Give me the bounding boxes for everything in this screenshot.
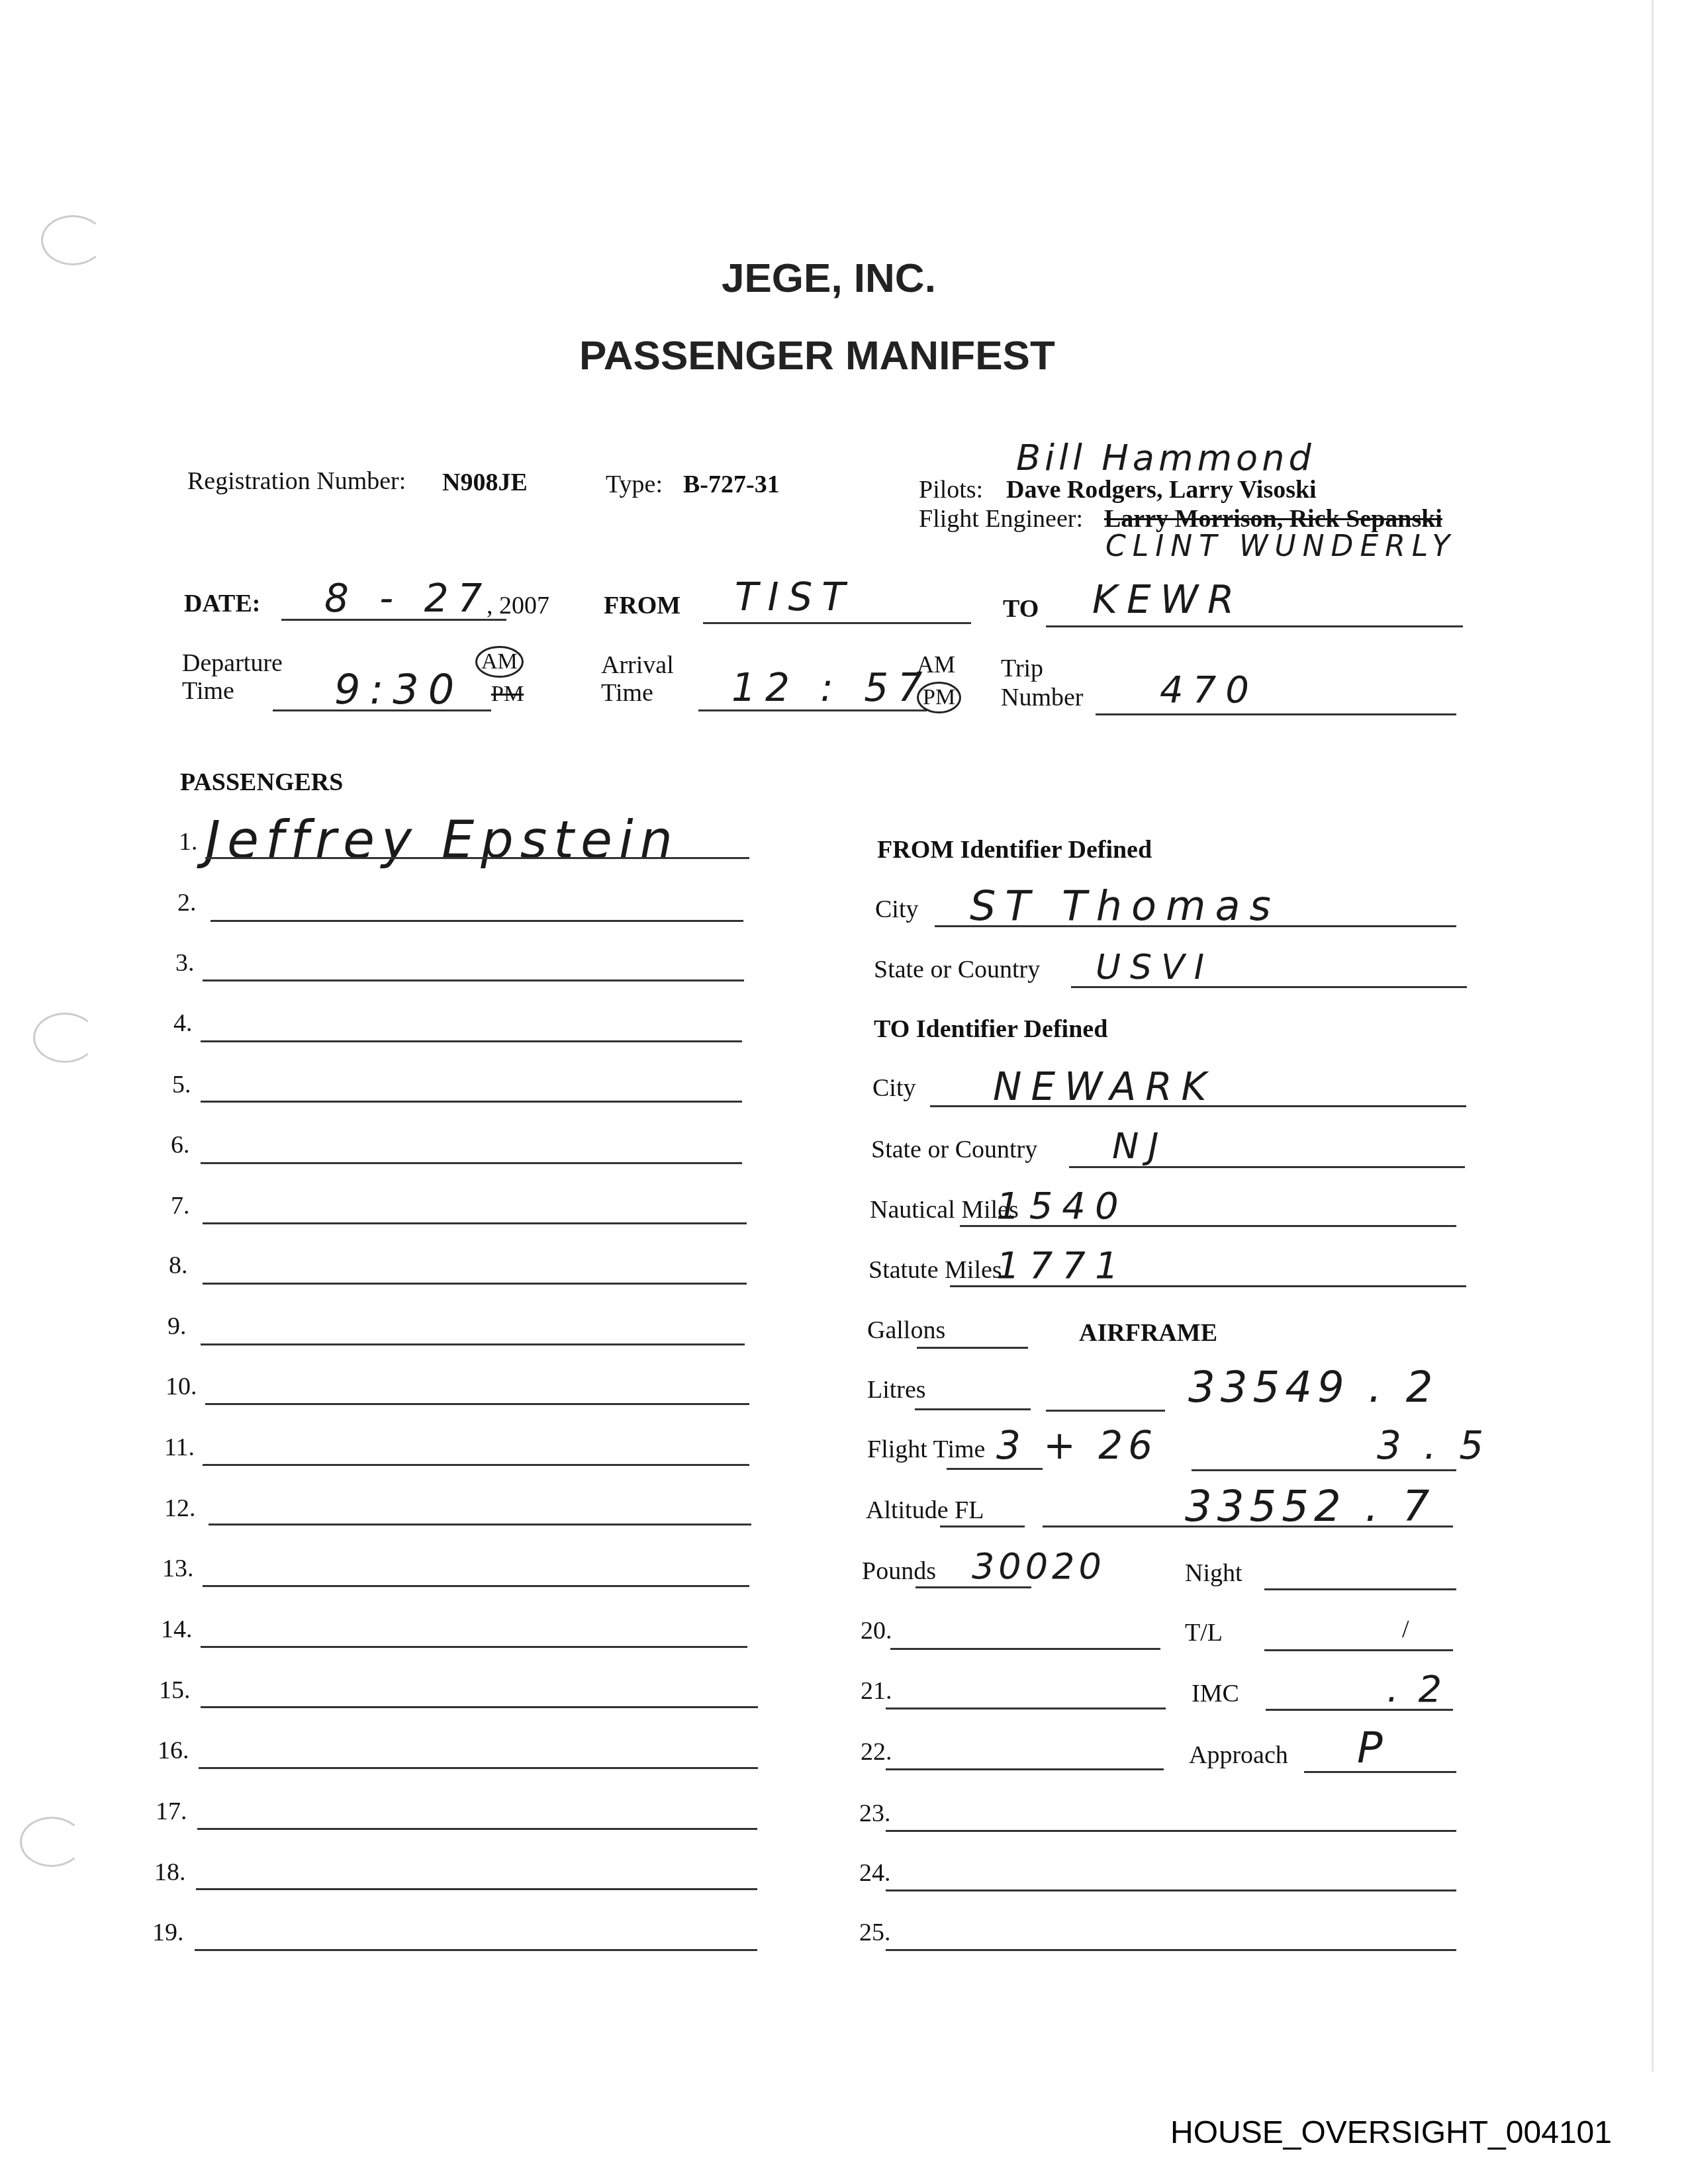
passenger-line[interactable] — [201, 1101, 742, 1103]
nautical-miles-value: 1540 — [996, 1185, 1128, 1228]
from-city-label: City — [875, 895, 918, 924]
pilot-handwritten: Bill Hammond — [1016, 437, 1315, 478]
airframe-value-3: 33552 . 7 — [1185, 1482, 1434, 1531]
arrival-am[interactable]: AM — [917, 651, 955, 678]
passenger-line[interactable] — [201, 1706, 758, 1708]
passenger-line[interactable] — [201, 1343, 745, 1345]
pilots-printed: Dave Rodgers, Larry Visoski — [1006, 475, 1317, 504]
passenger-line[interactable] — [886, 1830, 1456, 1832]
passenger-line[interactable] — [209, 1524, 751, 1525]
from-value: TIST — [735, 574, 855, 619]
litres-label: Litres — [867, 1375, 926, 1404]
passenger-num: 4. — [173, 1009, 193, 1038]
trip-label-1: Trip — [1001, 654, 1043, 683]
flight-time-label: Flight Time — [867, 1435, 985, 1464]
pilots-label: Pilots: — [919, 475, 983, 504]
date-value: 8 - 27 — [324, 576, 492, 621]
passenger-num: 23. — [859, 1799, 891, 1828]
passenger-num: 18. — [154, 1858, 186, 1887]
arrival-label-1: Arrival — [601, 651, 674, 680]
imc-label: IMC — [1192, 1679, 1239, 1708]
trip-value: 470 — [1160, 668, 1258, 711]
binder-hole-middle — [33, 1013, 97, 1063]
to-state-label: State or Country — [871, 1135, 1037, 1164]
from-city-value: ST Thomas — [970, 882, 1280, 930]
night-field[interactable] — [1264, 1588, 1456, 1590]
flight-engineer-label: Flight Engineer: — [919, 504, 1083, 533]
passenger-line[interactable] — [205, 1403, 749, 1405]
statute-miles-value: 1771 — [996, 1244, 1128, 1287]
airframe-heading: AIRFRAME — [1079, 1318, 1217, 1347]
passenger-num: 1. — [179, 827, 198, 856]
passenger-line[interactable] — [196, 1888, 757, 1890]
airframe-value-2: 3 . 5 — [1377, 1423, 1489, 1468]
passenger-line[interactable] — [201, 1040, 742, 1042]
registration-value: N908JE — [442, 468, 528, 497]
tl-label: T/L — [1185, 1618, 1223, 1647]
passenger-num: 10. — [165, 1372, 197, 1401]
passenger-num: 25. — [859, 1918, 891, 1947]
passenger-line[interactable] — [197, 1828, 757, 1830]
registration-label: Registration Number: — [187, 467, 406, 496]
company-name: JEGE, INC. — [722, 255, 936, 302]
passenger-line[interactable] — [201, 1162, 742, 1164]
to-label: TO — [1003, 594, 1039, 623]
passenger-line[interactable] — [203, 1283, 747, 1285]
passenger-line[interactable] — [203, 979, 744, 981]
passenger-num: 20. — [861, 1616, 892, 1645]
pounds-label: Pounds — [862, 1557, 936, 1586]
binder-hole-bottom — [20, 1817, 83, 1867]
departure-pm[interactable]: PM — [491, 682, 524, 707]
passenger-num: 24. — [859, 1858, 891, 1888]
altitude-field[interactable] — [940, 1525, 1025, 1527]
passenger-line[interactable] — [886, 1949, 1456, 1951]
airframe-value-1: 33549 . 2 — [1188, 1363, 1438, 1412]
to-city-label: City — [872, 1073, 915, 1103]
arrival-pm-selected[interactable]: PM — [917, 682, 961, 713]
passenger-num: 9. — [167, 1312, 187, 1341]
passenger-num: 12. — [164, 1494, 196, 1523]
gallons-label: Gallons — [867, 1316, 945, 1345]
gallons-field[interactable] — [917, 1347, 1028, 1349]
bates-number: HOUSE_OVERSIGHT_004101 — [1170, 2115, 1612, 2151]
litres-field[interactable] — [915, 1408, 1031, 1410]
passenger-line[interactable] — [886, 1889, 1456, 1891]
page-edge — [1652, 0, 1654, 2071]
passenger-line[interactable] — [201, 1646, 747, 1648]
passenger-num: 5. — [172, 1070, 191, 1099]
to-identifier-heading: TO Identifier Defined — [874, 1015, 1107, 1044]
departure-label-2: Time — [182, 676, 234, 705]
passenger-line[interactable] — [203, 1464, 749, 1466]
date-year: , 2007 — [487, 591, 549, 620]
approach-value: P — [1357, 1724, 1392, 1773]
passenger-line[interactable] — [886, 1707, 1166, 1709]
pounds-value: 30020 — [972, 1545, 1105, 1587]
passenger-num: 2. — [177, 888, 197, 917]
passenger-line[interactable] — [890, 1648, 1160, 1650]
page-title: PASSENGER MANIFEST — [579, 332, 1055, 379]
passenger-line[interactable] — [211, 920, 743, 922]
passenger-line[interactable] — [199, 1767, 758, 1769]
passenger-num: 19. — [152, 1918, 184, 1947]
departure-am-selected[interactable]: AM — [475, 646, 524, 678]
passenger-line[interactable] — [195, 1949, 757, 1951]
flight-time-value: 3 + 26 — [996, 1423, 1158, 1468]
passenger-num: 6. — [171, 1130, 190, 1160]
imc-value: . 2 — [1387, 1668, 1446, 1711]
from-label: FROM — [604, 591, 680, 620]
trip-label-2: Number — [1001, 683, 1084, 712]
passenger-line[interactable] — [886, 1768, 1164, 1770]
passenger-num: 7. — [171, 1191, 190, 1220]
departure-label-1: Departure — [182, 649, 283, 678]
passenger-num: 8. — [169, 1251, 188, 1280]
altitude-label: Altitude FL — [866, 1496, 984, 1525]
passenger-line[interactable] — [203, 1585, 749, 1587]
statute-miles-label: Statute Miles — [868, 1255, 1002, 1285]
night-label: Night — [1185, 1559, 1243, 1588]
to-value: KEWR — [1092, 577, 1243, 622]
passenger-num: 16. — [158, 1736, 189, 1765]
type-value: B-727-31 — [683, 470, 780, 499]
passenger-num: 13. — [162, 1554, 194, 1583]
tl-field[interactable] — [1264, 1649, 1453, 1651]
tl-value: / — [1402, 1615, 1409, 1644]
passenger-line[interactable] — [205, 857, 749, 859]
passenger-num: 22. — [861, 1737, 892, 1766]
passenger-1-name: Jeffrey Epstein — [205, 811, 679, 870]
from-state-label: State or Country — [874, 955, 1040, 984]
passenger-num: 17. — [156, 1797, 187, 1826]
flight-engineer-handwritten: CLINT WUNDERLY — [1105, 529, 1456, 563]
departure-value: 9:30 — [334, 665, 463, 713]
from-state-value: USVI — [1096, 948, 1213, 987]
type-label: Type: — [606, 470, 663, 499]
passenger-num: 11. — [164, 1433, 195, 1462]
passenger-num: 3. — [175, 948, 195, 978]
passenger-line[interactable] — [203, 1222, 747, 1224]
passenger-num: 14. — [161, 1615, 193, 1644]
from-identifier-heading: FROM Identifier Defined — [877, 835, 1152, 864]
arrival-label-2: Time — [601, 678, 653, 707]
passengers-heading: PASSENGERS — [180, 768, 343, 797]
passenger-num: 15. — [159, 1676, 191, 1705]
date-label: DATE: — [184, 589, 260, 618]
arrival-value: 12 : 57 — [731, 665, 931, 710]
passenger-num: 21. — [861, 1676, 892, 1706]
binder-hole-top — [41, 215, 105, 265]
approach-label: Approach — [1189, 1741, 1288, 1770]
to-city-value: NEWARK — [993, 1064, 1216, 1109]
to-state-value: NJ — [1112, 1125, 1168, 1167]
